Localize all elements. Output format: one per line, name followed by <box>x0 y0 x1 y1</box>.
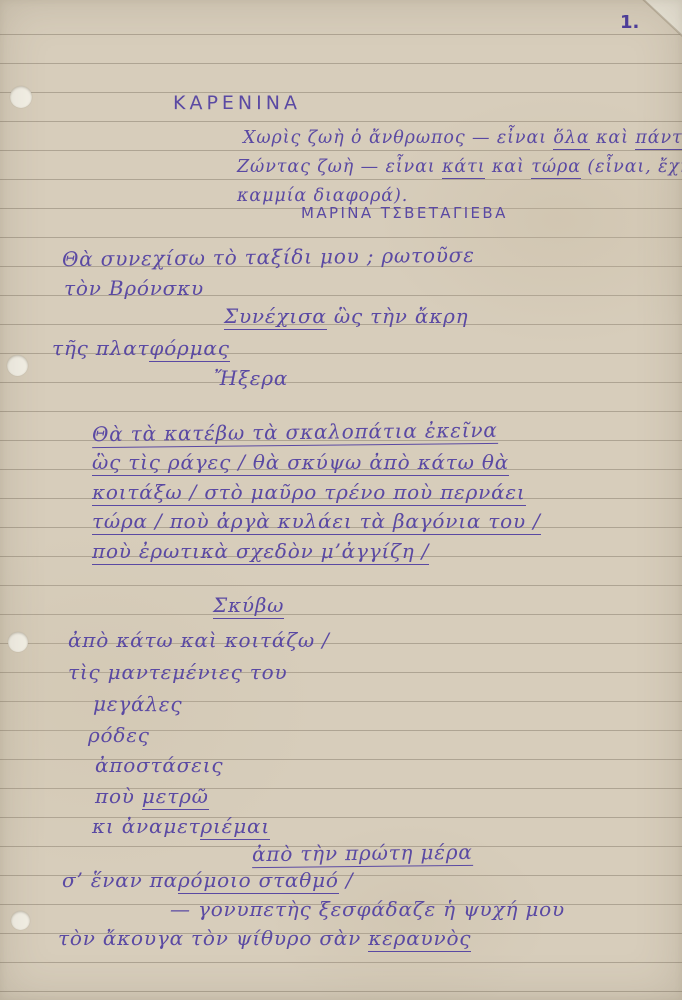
poem-line: Θὰ συνεχίσω τὸ ταξίδι μου ; ρωτοῦσε <box>62 244 475 271</box>
page-number: 1. <box>620 12 639 33</box>
epigraph-line: Χωρὶς ζωὴ ὁ ἄνθρωπος — εἶναι ὅλα καὶ πάν… <box>243 128 682 148</box>
poem-line: ὣς τὶς ράγες / θὰ σκύψω ἀπὸ κάτω θὰ <box>92 451 509 474</box>
punch-hole <box>10 86 32 108</box>
manuscript-page: 1. ΚΑΡΕΝΙΝΑ Χωρὶς ζωὴ ὁ ἄνθρωπος — εἶναι… <box>0 0 682 1000</box>
poem-line: τώρα / ποὺ ἀργὰ κυλάει τὰ βαγόνια του / <box>92 510 541 533</box>
punch-hole <box>11 911 30 930</box>
punch-hole <box>8 632 28 652</box>
poem-title: ΚΑΡΕΝΙΝΑ <box>173 92 301 114</box>
poem-line: τὶς μαντεμένιες του <box>68 661 287 684</box>
poem-line: Ἤξερα <box>214 367 288 390</box>
poem-line: μεγάλες <box>93 693 183 717</box>
poem-line: τῆς πλατφόρμας <box>52 337 230 360</box>
poem-line: τὸν ἄκουγα τὸν ψίθυρο σὰν κεραυνὸς <box>58 927 471 950</box>
poem-line: τὸν Βρόνσκυ <box>64 277 204 300</box>
poem-line: ἀποστάσεις <box>95 754 223 777</box>
poem-line: σ’ ἕναν παρόμοιο σταθμό / <box>62 869 353 892</box>
poem-line: κι ἀναμετριέμαι <box>92 815 270 838</box>
epigraph-line: Ζώντας ζωὴ — εἶναι κάτι καὶ τώρα (εἶναι,… <box>237 157 682 177</box>
epigraph-attribution: ΜΑΡΙΝΑ ΤΣΒΕΤΑΓΙΕΒΑ <box>301 204 508 222</box>
poem-line: — γονυπετὴς ξεσφάδαζε ἡ ψυχή μου <box>170 898 565 921</box>
poem-line: ρόδες <box>88 724 150 747</box>
poem-line: Συνέχισα ὣς τὴν ἄκρη <box>224 305 468 328</box>
poem-line: κοιτάξω / στὸ μαῦρο τρένο ποὺ περνάει <box>92 481 526 504</box>
poem-line: ποὺ μετρῶ <box>95 785 209 808</box>
punch-hole <box>7 355 28 376</box>
epigraph-line: καμμία διαφορά). <box>237 186 408 206</box>
poem-line: Σκύβω <box>213 594 284 617</box>
poem-line: ἀπὸ κάτω καὶ κοιτάζω / <box>68 629 330 652</box>
poem-line: ἀπὸ τὴν πρώτη μέρα <box>252 841 473 866</box>
poem-line: ποὺ ἐρωτικὰ σχεδὸν μ’ἀγγίζη / <box>92 540 429 563</box>
poem-line: Θὰ τὰ κατέβω τὰ σκαλοπάτια ἐκεῖνα <box>92 419 498 446</box>
